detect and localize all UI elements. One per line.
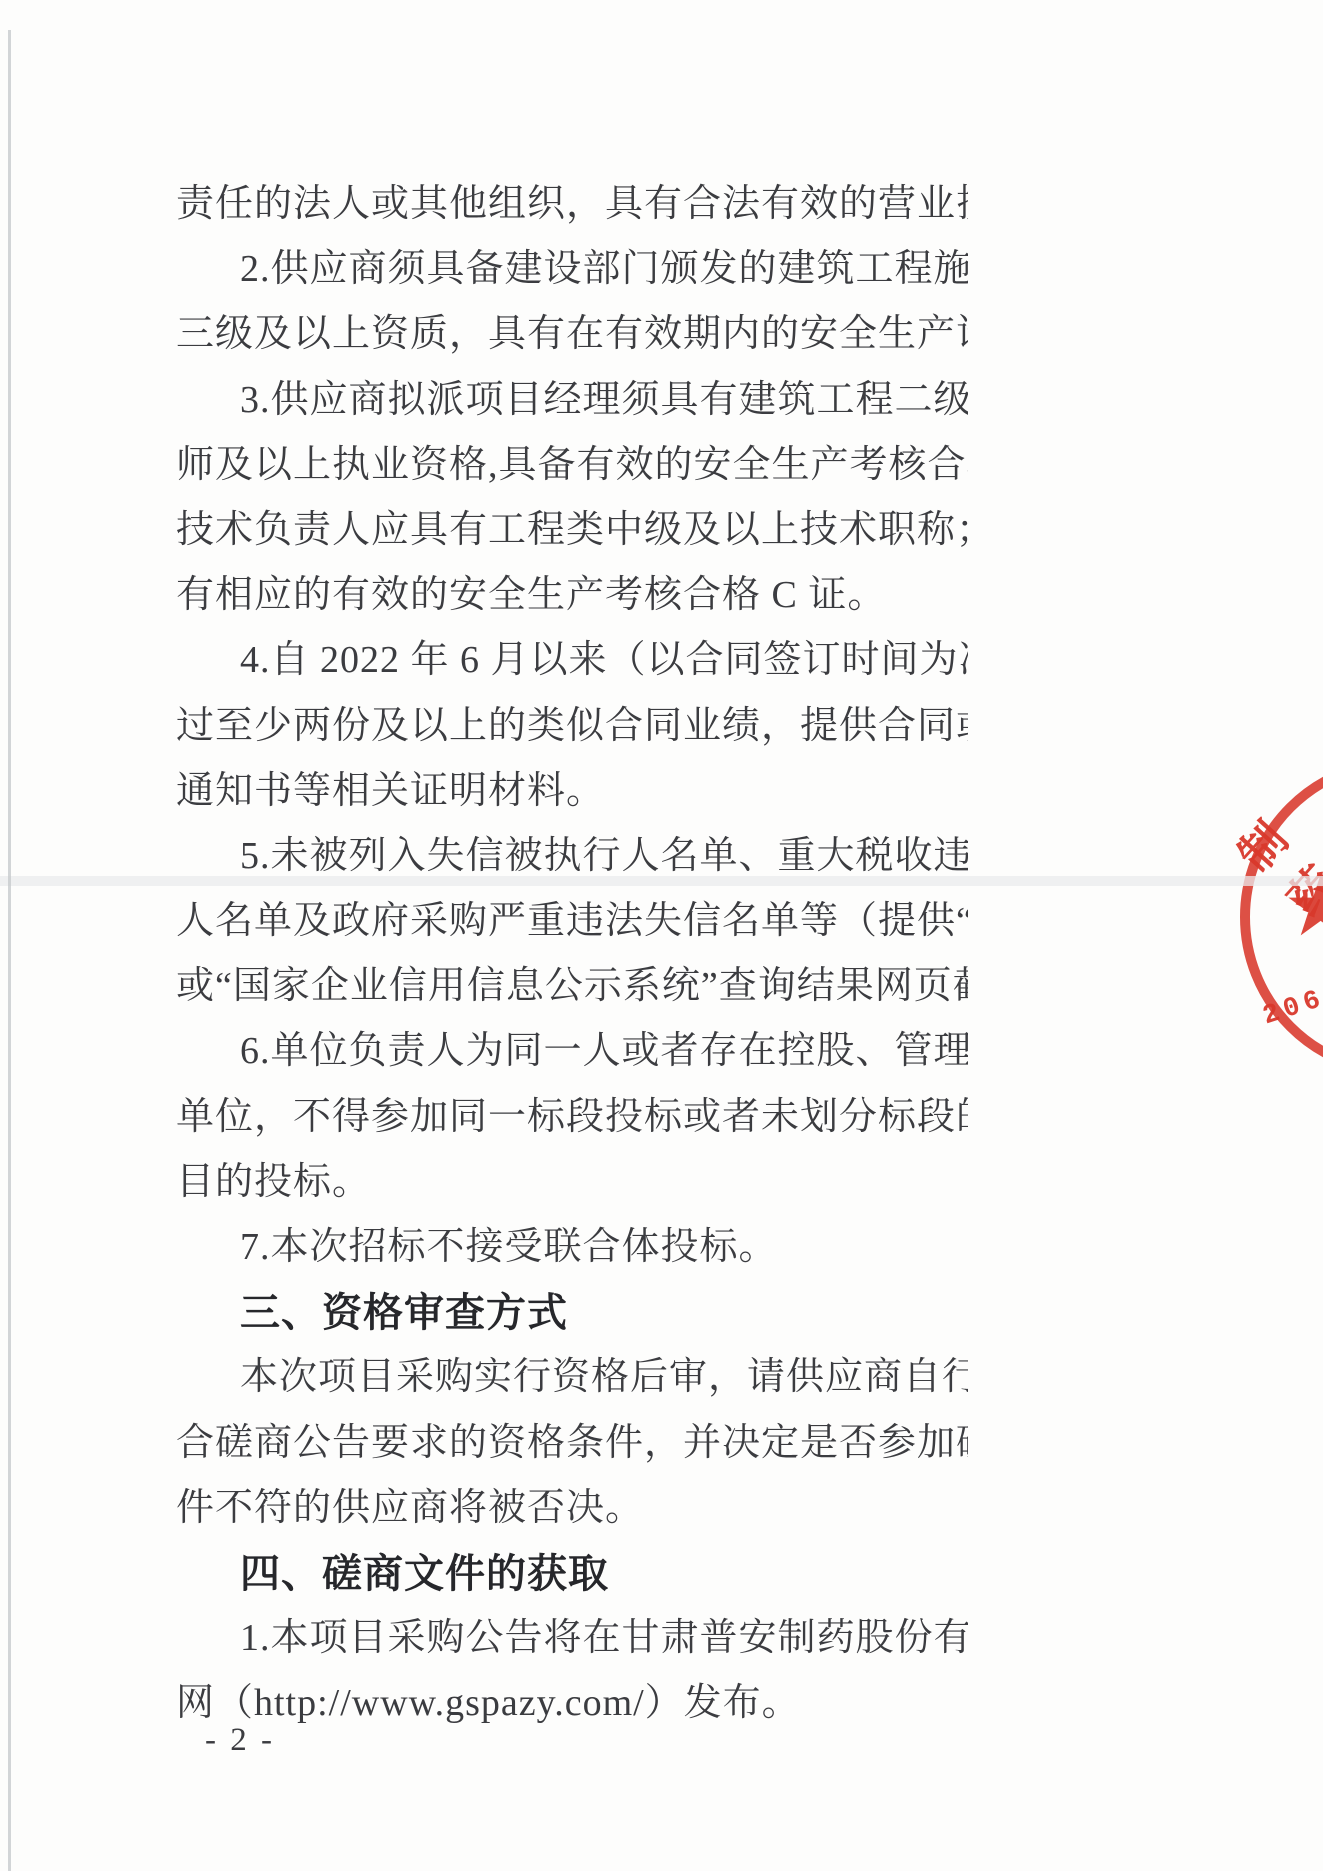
paragraph-line: 7.本次招标不接受联合体投标。	[176, 1215, 968, 1280]
paragraph-line: 单位，不得参加同一标段投标或者未划分标段的同一招标项	[176, 1085, 968, 1150]
paragraph-line: 2.供应商须具备建设部门颁发的建筑工程施工总承包	[176, 237, 968, 302]
paragraph-line: 1.本项目采购公告将在甘肃普安制药股份有限公司官	[176, 1606, 968, 1671]
document-body: 责任的法人或其他组织，具有合法有效的营业执照。 2.供应商须具备建设部门颁发的建…	[176, 172, 968, 1737]
paragraph-line: 有相应的有效的安全生产考核合格 C 证。	[176, 563, 968, 628]
website-line: 网（http://www.gspazy.com/）发布。	[176, 1671, 968, 1736]
paragraph-line: 三级及以上资质，具有在有效期内的安全生产许可证。	[176, 302, 968, 367]
scan-artifact-band	[0, 876, 1323, 886]
section-heading: 四、磋商文件的获取	[176, 1541, 968, 1606]
paragraph-line: 责任的法人或其他组织，具有合法有效的营业执照。	[176, 172, 968, 237]
paragraph-line: 目的投标。	[176, 1150, 968, 1215]
paragraph-line: 通知书等相关证明材料。	[176, 759, 968, 824]
paragraph-line: 3.供应商拟派项目经理须具有建筑工程二级注册建造	[176, 368, 968, 433]
paragraph-line: 或“国家企业信用信息公示系统”查询结果网页截图）。	[176, 954, 968, 1019]
paragraph-line: 6.单位负责人为同一人或者存在控股、管理关系的不同	[176, 1019, 968, 1084]
paragraph-line: 本次项目采购实行资格后审，请供应商自行判断是否符	[176, 1345, 968, 1410]
page-number: - 2 -	[205, 1722, 275, 1759]
paragraph-line: 人名单及政府采购严重违法失信名单等（提供“信用中国”	[176, 889, 968, 954]
paragraph-line: 过至少两份及以上的类似合同业绩，提供合同或中标/成交	[176, 694, 968, 759]
scanned-page: 责任的法人或其他组织，具有合法有效的营业执照。 2.供应商须具备建设部门颁发的建…	[0, 0, 1323, 1871]
paragraph-line: 合磋商公告要求的资格条件，并决定是否参加磋商；资格条	[176, 1411, 968, 1476]
paragraph-line: 件不符的供应商将被否决。	[176, 1476, 968, 1541]
section-heading: 三、资格审查方式	[176, 1280, 968, 1345]
paragraph-line: 师及以上执业资格,具备有效的安全生产考核合格证书 B 证；	[176, 433, 968, 498]
paragraph-line: 4.自 2022 年 6 月以来（以合同签订时间为准），承担	[176, 628, 968, 693]
scan-edge-line	[8, 30, 11, 1871]
paragraph-line: 技术负责人应具有工程类中级及以上技术职称；安全员应具	[176, 498, 968, 563]
